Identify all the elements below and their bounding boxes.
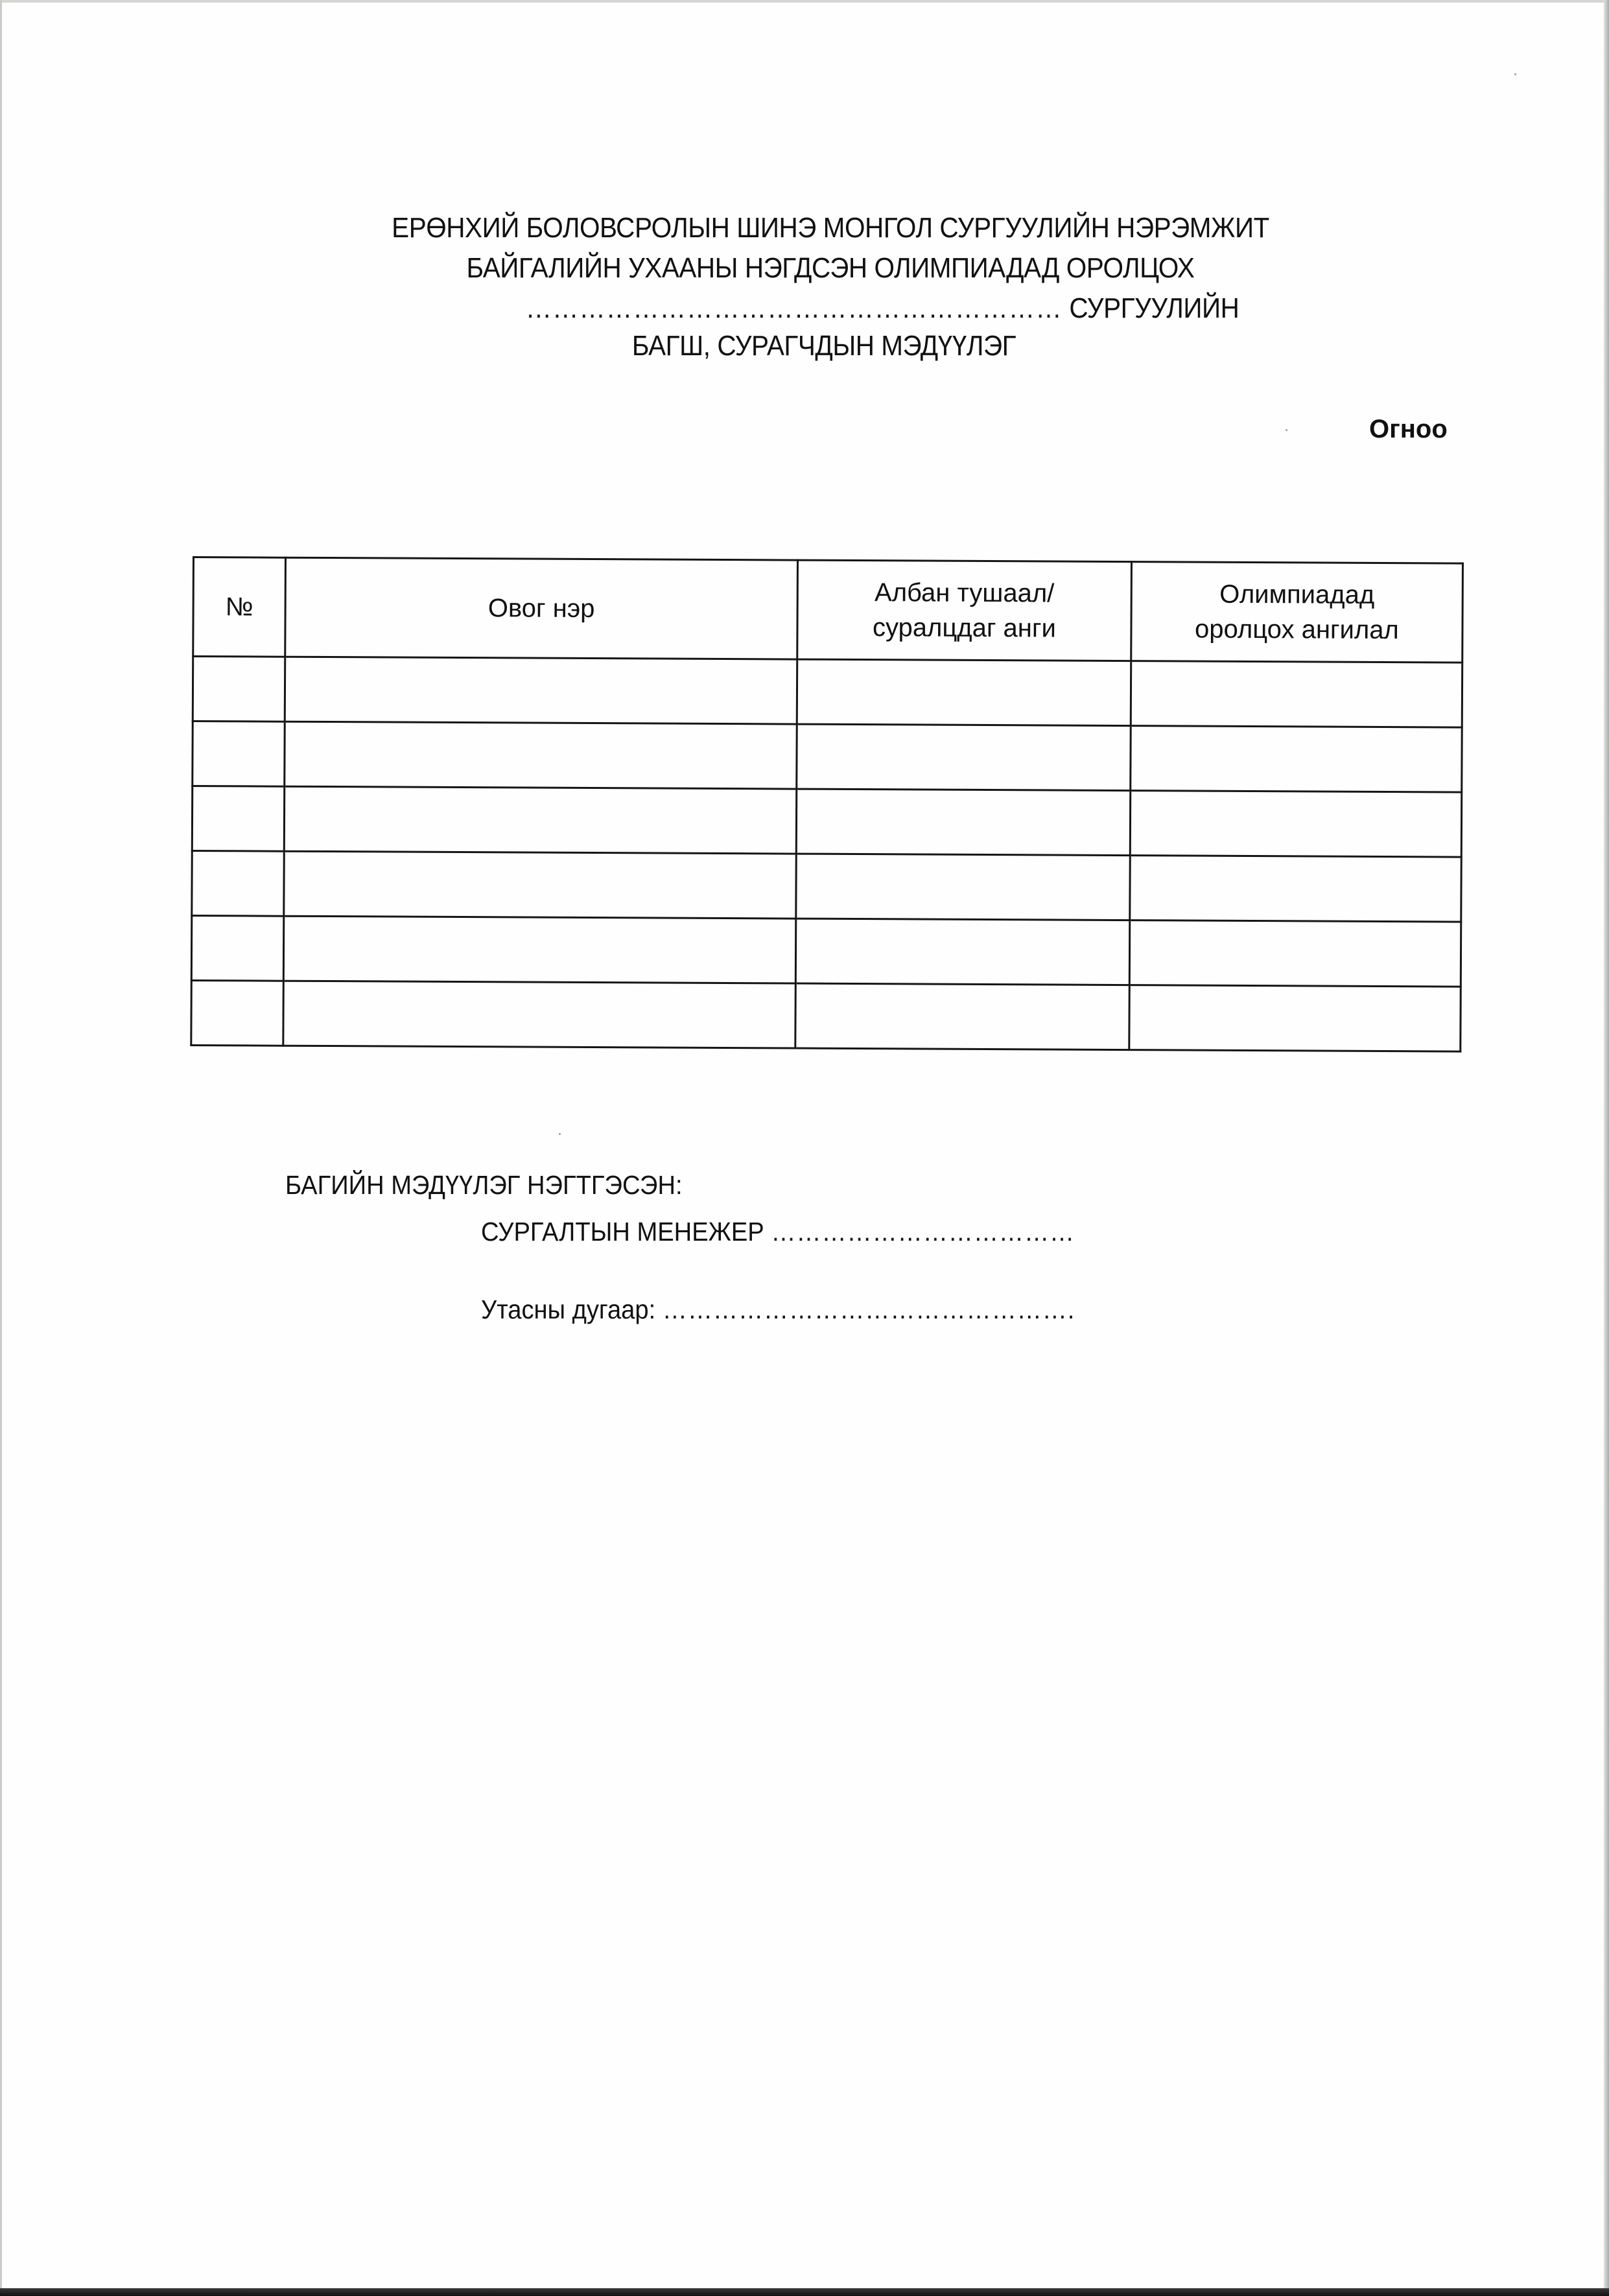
cell-value[interactable]: [286, 658, 796, 723]
cell-value[interactable]: [1131, 727, 1461, 791]
compiled-by-label: БАГИЙН МЭДҮҮЛЭГ НЭГТГЭСЭН:: [285, 1172, 683, 1199]
cell-value[interactable]: [284, 982, 794, 1048]
cell-position-class[interactable]: [795, 983, 1129, 1050]
column-header-no: №: [193, 557, 286, 657]
column-header-full-name: Овог нэр: [285, 557, 798, 659]
scan-edge-right: [1604, 0, 1609, 2296]
scan-speck: [559, 1133, 561, 1135]
cell-no[interactable]: [192, 851, 284, 917]
scan-edge-left: [0, 0, 2, 2296]
cell-olympiad-category[interactable]: [1129, 920, 1461, 987]
cell-no[interactable]: [191, 916, 283, 981]
participants-table: № Овог нэр Албан тушаал/ суралцдаг анги …: [190, 556, 1464, 1053]
scan-speck: [1514, 73, 1516, 75]
cell-full-name[interactable]: [283, 981, 795, 1048]
cell-full-name[interactable]: [284, 786, 796, 854]
cell-value[interactable]: [1132, 662, 1461, 726]
cell-full-name[interactable]: [284, 851, 796, 919]
cell-value[interactable]: [1130, 986, 1459, 1050]
cell-olympiad-category[interactable]: [1130, 856, 1461, 922]
cell-no[interactable]: [193, 657, 285, 722]
scan-edge-top: [0, 0, 1609, 3]
scan-edge-bottom: [0, 2288, 1609, 2296]
column-header-position-class-text: Албан тушаал/ суралцдаг анги: [857, 575, 1072, 646]
cell-value[interactable]: [193, 722, 283, 786]
cell-value[interactable]: [796, 985, 1128, 1049]
cell-olympiad-category[interactable]: [1129, 985, 1461, 1051]
school-name-field[interactable]: ……………………………………………………: [526, 292, 1063, 324]
cell-value[interactable]: [193, 787, 283, 850]
manager-line: СУРГАЛТЫН МЕНЕЖЕР ………………………………: [481, 1219, 1075, 1245]
cell-position-class[interactable]: [796, 789, 1130, 856]
cell-value[interactable]: [1131, 921, 1460, 985]
cell-value[interactable]: [1131, 791, 1461, 856]
cell-value[interactable]: [798, 661, 1130, 725]
column-header-position-class: Албан тушаал/ суралцдаг анги: [797, 560, 1132, 661]
cell-value[interactable]: [193, 917, 283, 980]
cell-value[interactable]: [797, 725, 1129, 790]
cell-position-class[interactable]: [796, 854, 1130, 920]
table-row: [192, 851, 1461, 922]
cell-no[interactable]: [192, 786, 284, 852]
column-header-olympiad-category-text: Олимпиадад оролцох ангилал: [1180, 576, 1414, 648]
manager-signature-field[interactable]: ………………………………: [771, 1219, 1075, 1245]
cell-value[interactable]: [285, 852, 795, 918]
cell-value[interactable]: [194, 657, 284, 721]
cell-no[interactable]: [191, 980, 283, 1046]
cell-full-name[interactable]: [285, 721, 797, 789]
cell-value[interactable]: [797, 920, 1129, 985]
cell-position-class[interactable]: [797, 659, 1131, 726]
table-row: [193, 657, 1462, 728]
cell-olympiad-category[interactable]: [1131, 726, 1462, 792]
table-row: [193, 721, 1462, 793]
cell-value[interactable]: [797, 855, 1129, 920]
table-row: [191, 916, 1461, 987]
form-title-line-2: БАЙГАЛИЙН УХААНЫ НЭГДСЭН ОЛИМПИАДАД ОРОЛ…: [90, 254, 1570, 283]
cell-value[interactable]: [285, 723, 795, 788]
cell-value[interactable]: [192, 981, 282, 1045]
school-suffix: СУРГУУЛИЙН: [1063, 292, 1239, 324]
date-label: Огноо: [1369, 415, 1448, 444]
cell-olympiad-category[interactable]: [1131, 661, 1462, 727]
scan-speck: [1286, 429, 1287, 431]
phone-label: Утасны дугаар:: [481, 1294, 655, 1324]
cell-value[interactable]: [193, 852, 283, 915]
form-title-line-3: …………………………………………………… СУРГУУЛИЙН: [142, 294, 1609, 323]
cell-position-class[interactable]: [795, 919, 1129, 985]
form-title-line-1: ЕРӨНХИЙ БОЛОВСРОЛЫН ШИНЭ МОНГОЛ СУРГУУЛИ…: [90, 214, 1570, 242]
table-header-row: № Овог нэр Албан тушаал/ суралцдаг анги …: [193, 557, 1463, 663]
table-row: [192, 786, 1461, 858]
scanned-form-page: ЕРӨНХИЙ БОЛОВСРОЛЫН ШИНЭ МОНГОЛ СУРГУУЛИ…: [0, 0, 1609, 2296]
cell-value[interactable]: [285, 917, 795, 983]
cell-no[interactable]: [193, 721, 285, 787]
table-body: [191, 657, 1462, 1052]
form-title-line-4: БАГШ, СУРАГЧДЫН МЭДҮҮЛЭГ: [84, 332, 1564, 360]
cell-value[interactable]: [1131, 856, 1460, 920]
table-row: [191, 980, 1461, 1051]
cell-value[interactable]: [285, 788, 795, 853]
cell-olympiad-category[interactable]: [1130, 791, 1461, 857]
column-header-olympiad-category: Олимпиадад оролцох ангилал: [1131, 562, 1463, 662]
manager-label: СУРГАЛТЫН МЕНЕЖЕР: [481, 1217, 764, 1247]
cell-value[interactable]: [797, 790, 1129, 855]
phone-number-field[interactable]: ………………………………………….: [663, 1296, 1075, 1323]
cell-position-class[interactable]: [797, 724, 1131, 791]
phone-line: Утасны дугаар: ………………………………………….: [481, 1296, 1075, 1323]
cell-full-name[interactable]: [285, 657, 797, 724]
cell-full-name[interactable]: [283, 916, 795, 983]
